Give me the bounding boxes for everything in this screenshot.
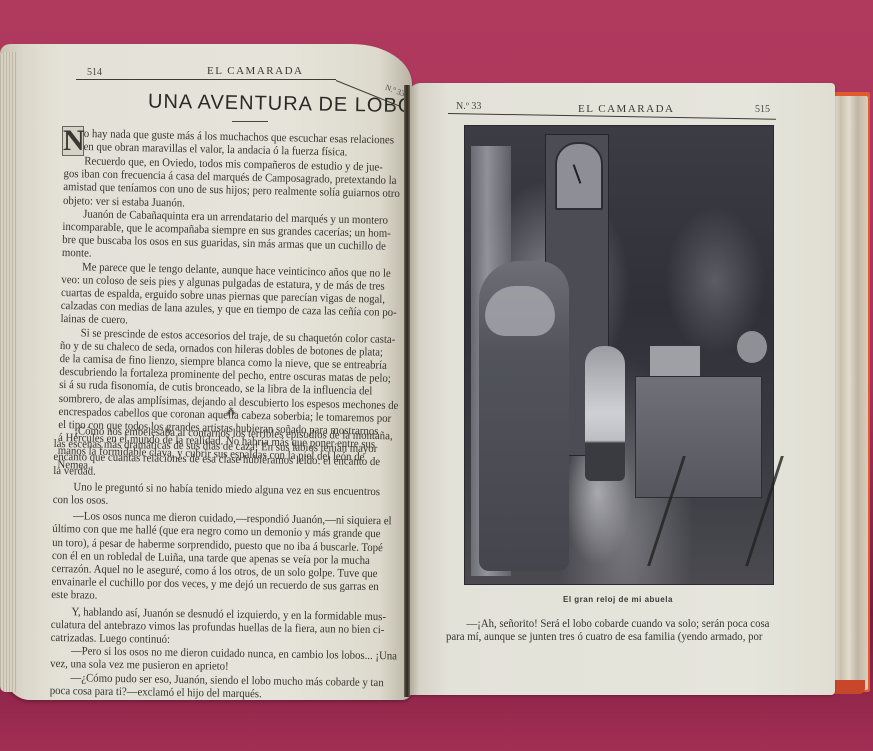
open-book: 514 EL CAMARADA N.º 33 UNA AVENTURA DE L… — [0, 0, 873, 751]
illustration-caption: El gran reloj de mi abuela — [563, 595, 673, 604]
title-underline — [232, 121, 268, 122]
drop-cap: N — [62, 126, 84, 156]
pot — [737, 331, 767, 363]
right-page-number: 515 — [755, 104, 770, 115]
text-line: para mí, aunque se junten tres ó cuatro … — [446, 630, 769, 643]
left-page-number: 514 — [87, 67, 102, 78]
right-text: —¡Ah, señorito! Será el lobo cobarde cua… — [446, 617, 769, 643]
left-running-head: EL CAMARADA — [207, 65, 303, 77]
text-line: —¡Ah, señorito! Será el lobo cobarde cua… — [446, 617, 769, 630]
book-gutter — [404, 85, 410, 697]
article-title: UNA AVENTURA DE LOBOS — [148, 91, 429, 119]
page-edges-left — [0, 52, 16, 692]
woman-collar — [485, 286, 555, 336]
section-break-asterism: ⁂ — [226, 407, 237, 418]
left-header-rule — [76, 79, 336, 80]
right-running-head: EL CAMARADA — [578, 103, 674, 115]
child-figure — [585, 346, 625, 481]
engraving-illustration — [464, 125, 774, 585]
books — [650, 346, 700, 376]
left-text-part2: ¡Cómo nos embelesaba al contarnos los te… — [50, 424, 401, 702]
right-issue-number: N.º 33 — [456, 101, 481, 112]
